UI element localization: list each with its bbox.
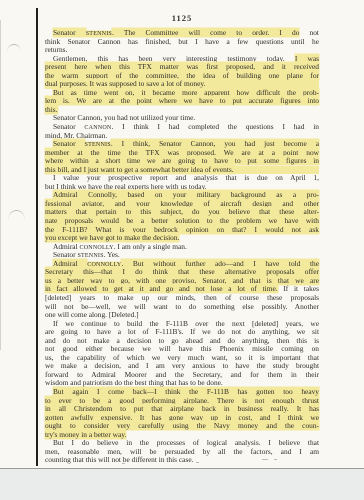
text-segment: . Yes.: [104, 250, 120, 259]
margin-mark: [8, 210, 25, 220]
text-segment: dual purposes. It was supposed to save a…: [45, 79, 205, 88]
margin-mark: [7, 44, 21, 52]
text-line: lem is. We are at the point where we hav…: [45, 97, 319, 106]
text-segment: nate proposals would be a better solutio…: [45, 216, 319, 225]
text-segment: think Senator Cannon has finished, but I…: [45, 37, 319, 46]
text-line: counting that this will not be different…: [45, 456, 319, 465]
text-segment: where within a short time we are going t…: [45, 156, 319, 165]
binding-rule: [36, 8, 38, 466]
scanned-page: 1125 Senator Stennis. The Committee will…: [0, 0, 364, 469]
page-number: 1125: [45, 13, 319, 23]
text-line: Admiral Connolly. I am only a single man…: [45, 243, 319, 252]
transcript-text: Senator Stennis. The Committee will come…: [45, 29, 319, 465]
text-segment: . I am only a single man.: [114, 242, 187, 251]
scan-speck: [262, 459, 268, 460]
scan-edge-artifact: [0, 20, 1, 350]
text-segment: Secretary this—that I do think that thes…: [45, 267, 319, 276]
text-segment: Senator: [53, 250, 77, 259]
text-segment: ought to consider very carefully using t…: [45, 421, 319, 430]
scan-background: [0, 469, 364, 500]
text-segment: . I think I had completed the questions …: [111, 122, 319, 131]
text-line: think Senator Cannon has finished, but I…: [45, 38, 319, 47]
text-segment: . I think, Senator Cannon, you had just …: [111, 139, 319, 148]
text-segment: But again I come back—I think the F-111B…: [53, 387, 319, 396]
text-segment: Senator: [53, 139, 85, 148]
scan-speck: [274, 459, 277, 460]
scan-speck: [122, 463, 125, 464]
text-segment: lem is. We are at the point where we hav…: [45, 96, 319, 105]
scan-speck: [62, 460, 65, 461]
text-segment: in all Christendom to put that airplane …: [45, 404, 319, 413]
text-segment: present here when this TFX matter was fi…: [45, 62, 319, 71]
scan-speck: [196, 462, 199, 463]
text-segment: counting that this will not be different…: [45, 455, 193, 464]
